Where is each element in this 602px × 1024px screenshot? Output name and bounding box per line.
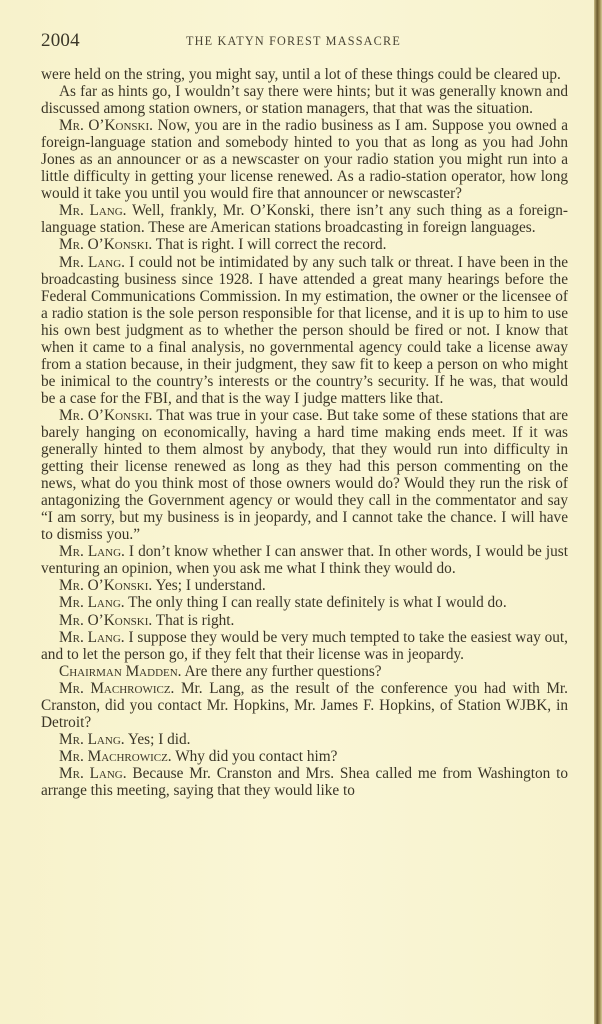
paragraph: Mr. Lang. Well, frankly, Mr. O’Konski, t… [41, 202, 568, 236]
page-header: 2004 THE KATYN FOREST MASSACRE [41, 30, 561, 52]
paragraph-text: Why did you contact him? [175, 748, 337, 765]
paragraph-text: That is right. I will correct the record… [156, 236, 387, 253]
paragraph: Mr. Lang. Because Mr. Cranston and Mrs. … [41, 765, 568, 799]
speaker-name: Mr. Lang. [59, 629, 125, 646]
speaker-name: Mr. Lang. [59, 254, 125, 271]
paragraph-text: Yes; I understand. [155, 577, 265, 594]
speaker-name: Mr. Lang. [59, 731, 125, 748]
speaker-name: Mr. Lang. [59, 594, 125, 611]
paragraph-text: The only thing I can really state defini… [128, 594, 507, 611]
paragraph: Mr. Machrowicz. Why did you contact him? [41, 748, 568, 765]
paragraph-text: Are there any further questions? [185, 663, 382, 680]
paragraph: were held on the string, you might say, … [41, 66, 568, 83]
paragraph: As far as hints go, I wouldn’t say there… [41, 83, 568, 117]
paragraph: Chairman Madden. Are there any further q… [41, 663, 568, 680]
paragraph-text: That is right. [156, 612, 235, 629]
body-text: were held on the string, you might say, … [41, 66, 568, 799]
paragraph: Mr. Lang. I don’t know whether I can ans… [41, 543, 568, 577]
speaker-name: Mr. O’Konski. [59, 117, 153, 134]
speaker-name: Mr. O’Konski. [59, 236, 152, 253]
paragraph: Mr. Lang. Yes; I did. [41, 731, 568, 748]
speaker-name: Mr. Lang. [59, 765, 127, 782]
paragraph: Mr. Lang. I could not be intimidated by … [41, 254, 568, 407]
paragraph: Mr. O’Konski. That was true in your case… [41, 407, 568, 543]
paragraph-text: I could not be intimidated by any such t… [41, 254, 568, 407]
paragraph: Mr. Lang. The only thing I can really st… [41, 594, 568, 611]
paragraph-text: That was true in your case. But take som… [41, 407, 568, 543]
speaker-name: Mr. Machrowicz. [59, 680, 174, 697]
paragraph: Mr. Lang. I suppose they would be very m… [41, 629, 568, 663]
paragraph: Mr. O’Konski. That is right. I will corr… [41, 236, 568, 253]
speaker-name: Mr. O’Konski. [59, 407, 153, 424]
speaker-name: Mr. Machrowicz. [59, 748, 172, 765]
paragraph: Mr. O’Konski. Now, you are in the radio … [41, 117, 568, 202]
book-binding-edge [594, 0, 602, 1024]
paragraph-text: As far as hints go, I wouldn’t say there… [41, 83, 568, 117]
paragraph: Mr. O’Konski. Yes; I understand. [41, 577, 568, 594]
speaker-name: Mr. Lang. [59, 202, 127, 219]
paragraph-text: Yes; I did. [128, 731, 191, 748]
speaker-name: Mr. O’Konski. [59, 577, 152, 594]
page-number: 2004 [41, 30, 80, 52]
speaker-name: Mr. O’Konski. [59, 612, 152, 629]
running-title: THE KATYN FOREST MASSACRE [186, 34, 401, 49]
document-page: 2004 THE KATYN FOREST MASSACRE were held… [0, 0, 594, 1024]
paragraph-text: were held on the string, you might say, … [41, 66, 561, 83]
paragraph: Mr. O’Konski. That is right. [41, 612, 568, 629]
paragraph: Mr. Machrowicz. Mr. Lang, as the result … [41, 680, 568, 731]
speaker-name: Chairman Madden. [59, 663, 182, 680]
speaker-name: Mr. Lang. [59, 543, 125, 560]
